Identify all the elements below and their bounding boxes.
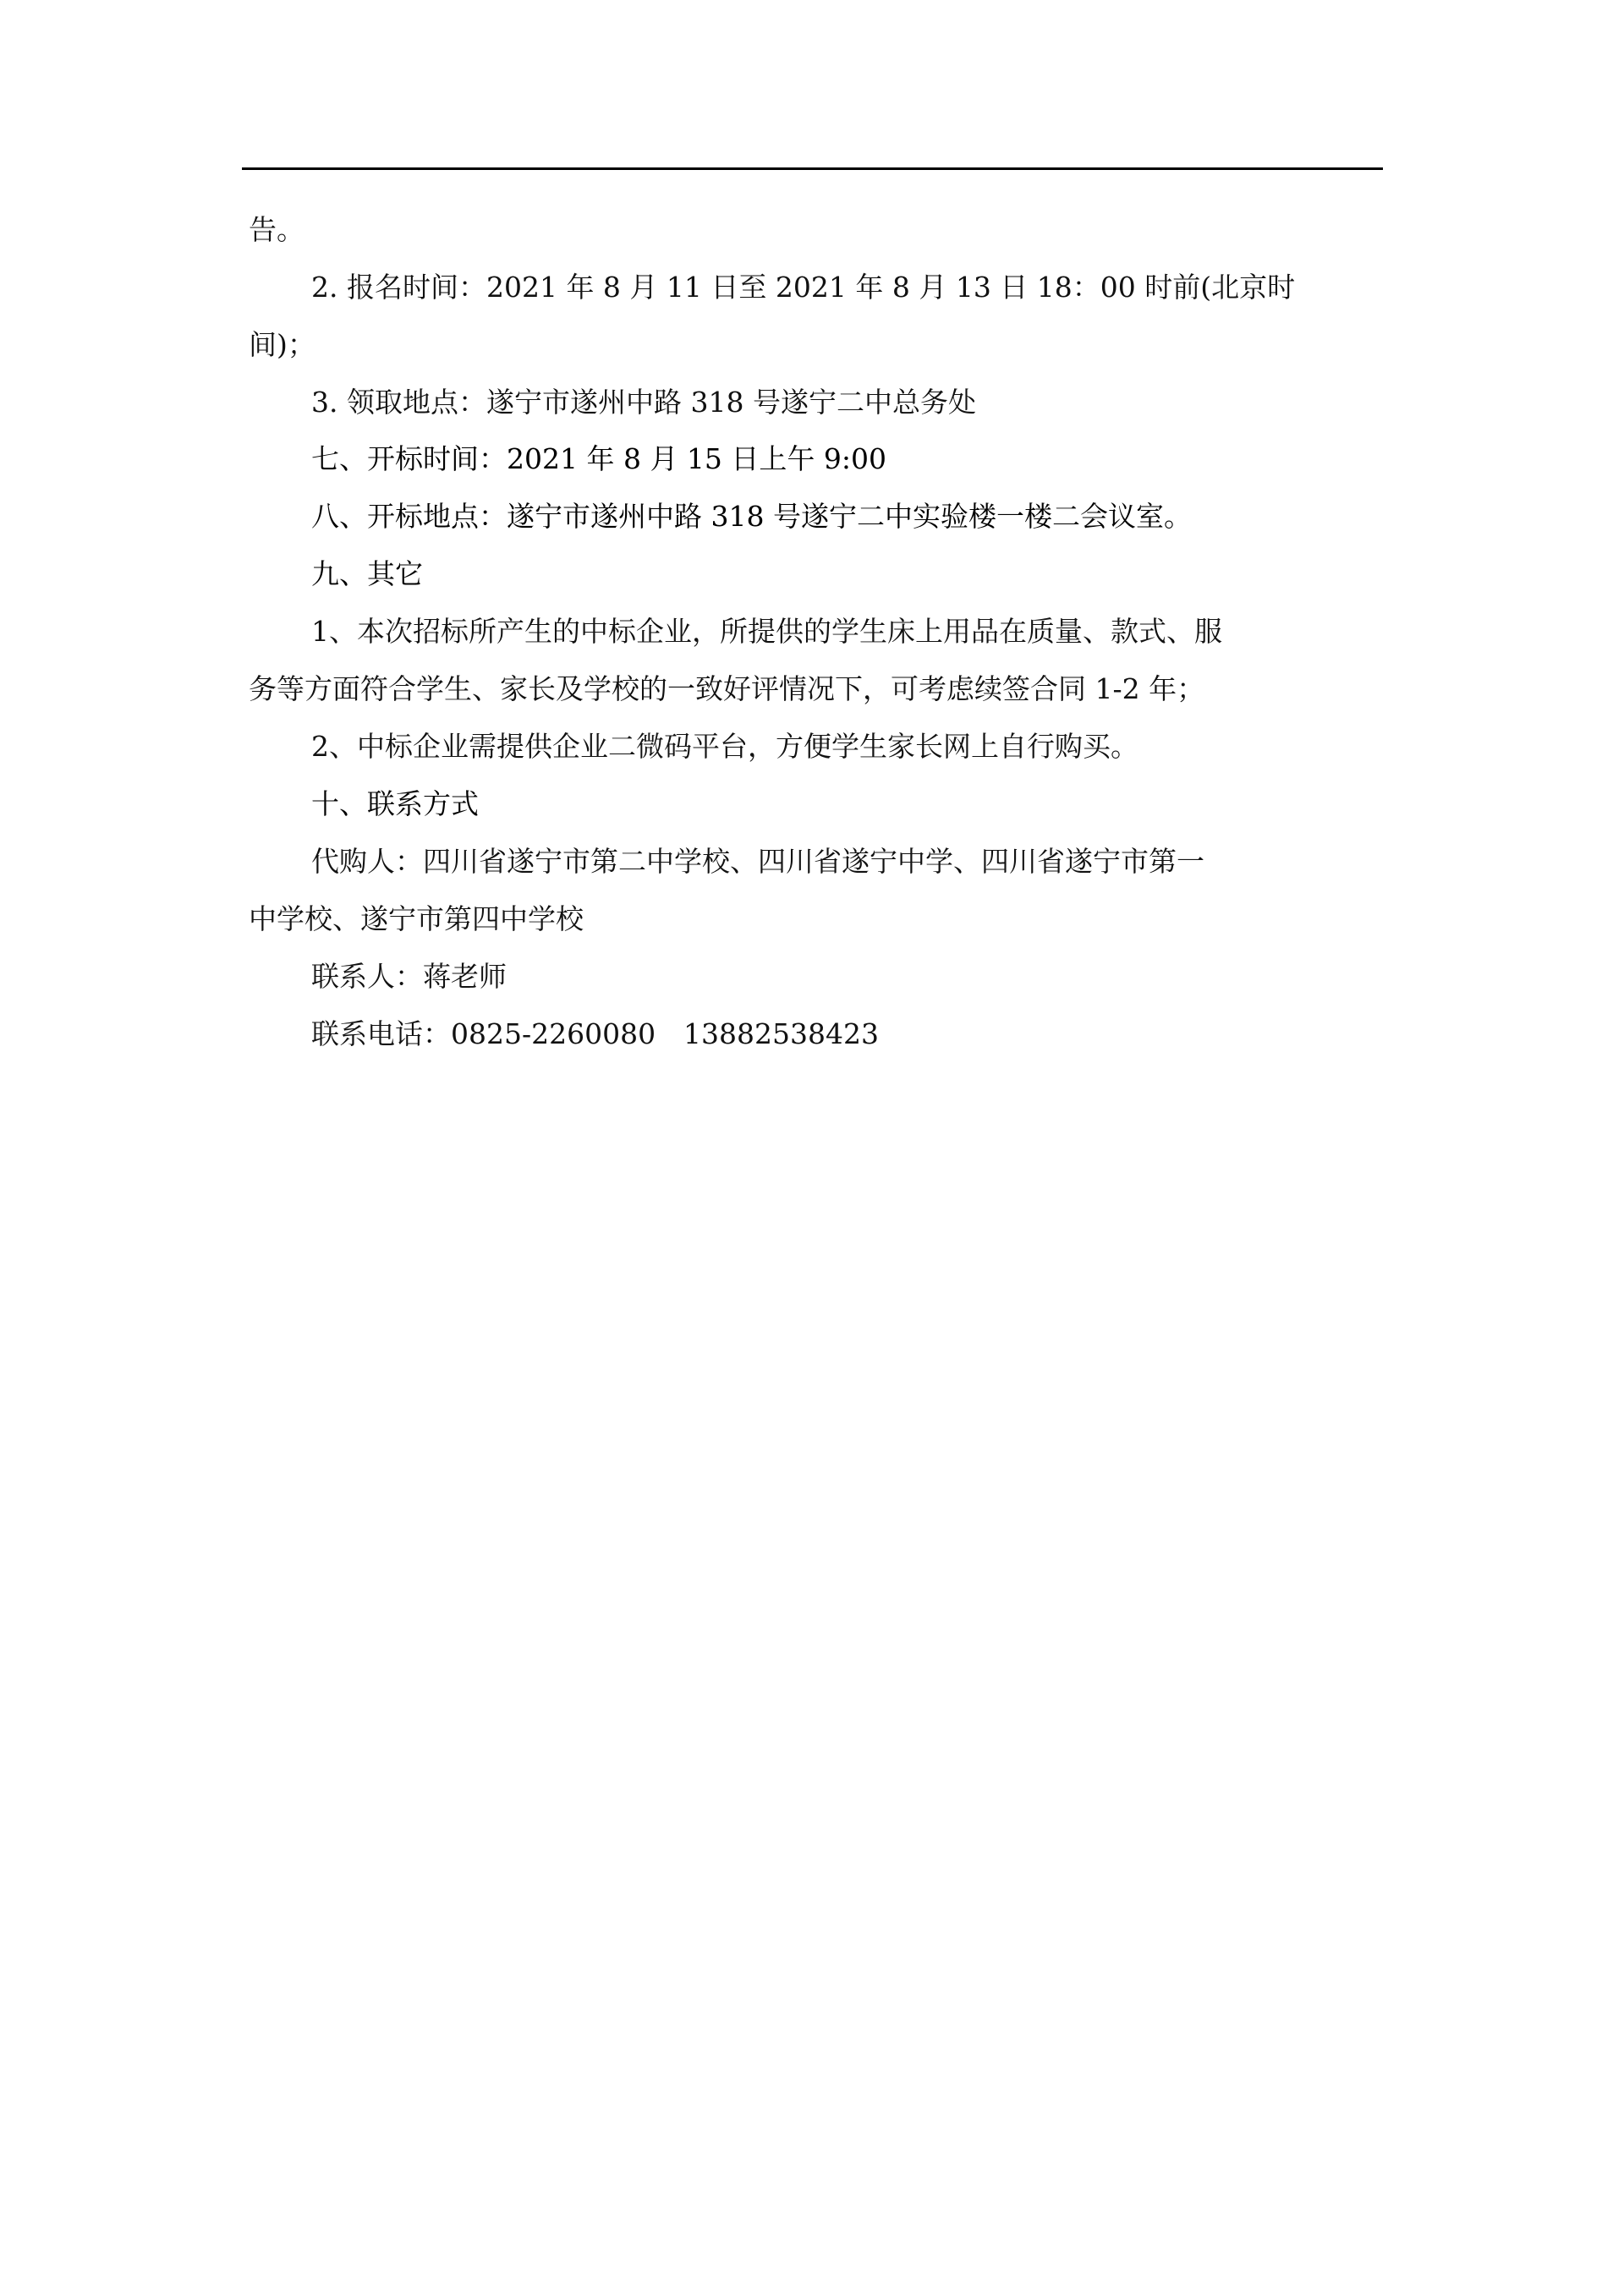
- other-item-2-line: 2、中标企业需提供企业二微码平台，方便学生家长网上自行购买。: [311, 728, 1138, 765]
- other-item-1-line-wrap: 务等方面符合学生、家长及学校的一致好评情况下，可考虑续签合同 1-2 年；: [249, 671, 1204, 708]
- section-seven-bid-opening-time: 七、开标时间：2021 年 8 月 15 日上午 9:00: [311, 441, 886, 478]
- registration-time-line: 2. 报名时间：2021 年 8 月 11 日至 2021 年 8 月 13 日…: [311, 269, 1295, 306]
- other-item-1-line: 1、本次招标所产生的中标企业，所提供的学生床上用品在质量、款式、服: [311, 613, 1222, 650]
- section-nine-other: 九、其它: [311, 556, 423, 593]
- pickup-location-line: 3. 领取地点：遂宁市遂州中路 318 号遂宁二中总务处: [311, 384, 976, 421]
- section-ten-contact: 十、联系方式: [311, 786, 479, 823]
- contact-mobile-number: 13882538423: [683, 1016, 879, 1053]
- document-page: 告。 2. 报名时间：2021 年 8 月 11 日至 2021 年 8 月 1…: [0, 0, 1624, 2296]
- contact-phone-line: 联系电话：0825-2260080: [311, 1016, 656, 1053]
- section-eight-bid-opening-location: 八、开标地点：遂宁市遂州中路 318 号遂宁二中实验楼一楼二会议室。: [311, 498, 1192, 535]
- purchaser-line: 代购人：四川省遂宁市第二中学校、四川省遂宁中学、四川省遂宁市第一: [311, 843, 1204, 880]
- continuation-line: 告。: [249, 211, 304, 249]
- contact-person-line: 联系人：蒋老师: [311, 958, 507, 995]
- header-rule: [242, 167, 1383, 170]
- purchaser-line-wrap: 中学校、遂宁市第四中学校: [249, 901, 584, 938]
- registration-time-line-wrap: 间)；: [249, 326, 315, 364]
